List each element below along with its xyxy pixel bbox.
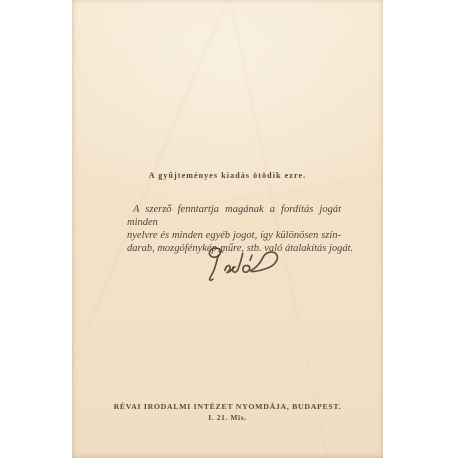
rights-notice-line-2: nyelvre és minden egyéb jogot, így külön… — [127, 229, 341, 242]
printer-imprint-line-2: I. 21. Mis. — [72, 413, 383, 422]
rights-notice-line-1: A szerző fenntartja magának a fordítás j… — [127, 203, 341, 229]
printer-imprint: RÉVAI IRODALMI INTÉZET NYOMDÁJA, BUDAPES… — [72, 402, 383, 422]
book-page-paper: A gyűjteményes kiadás ötödik ezre. A sze… — [72, 0, 383, 458]
scanned-book-page: A gyűjteményes kiadás ötödik ezre. A sze… — [0, 0, 458, 458]
edition-note: A gyűjteményes kiadás ötödik ezre. — [72, 171, 383, 180]
author-signature-handwriting — [189, 242, 285, 291]
printer-imprint-line-1: RÉVAI IRODALMI INTÉZET NYOMDÁJA, BUDAPES… — [72, 402, 383, 411]
